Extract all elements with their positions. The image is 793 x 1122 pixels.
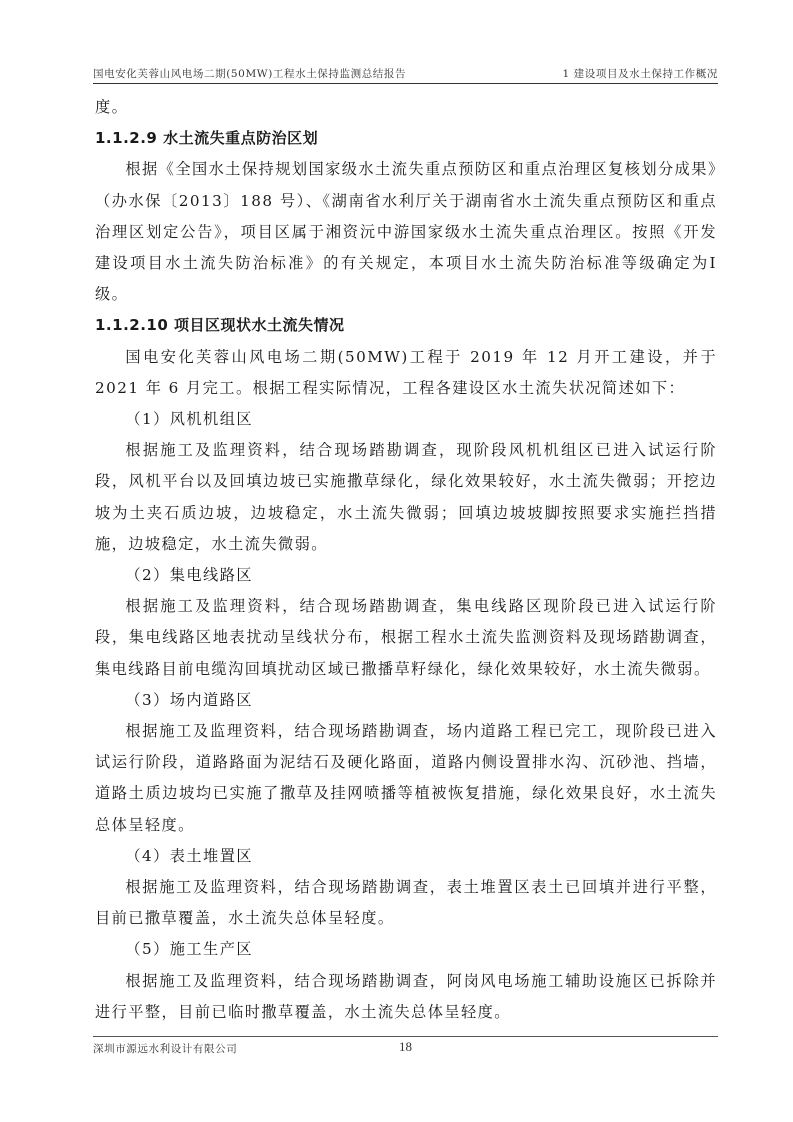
item-text-internal-road-area: 根据施工及监理资料，结合现场踏勘调查，场内道路工程已完工，现阶段已进入试运行阶段… — [95, 716, 717, 841]
item-text-collector-line-area: 根据施工及监理资料，结合现场踏勘调查，集电线路区现阶段已进入试运行阶段，集电线路… — [95, 591, 717, 685]
item-text-topsoil-storage-area: 根据施工及监理资料，结合现场踏勘调查，表土堆置区表土已回填并进行平整，目前已撒草… — [95, 872, 717, 934]
page-footer: 深圳市源远水利设计有限公司 18 — [93, 1036, 718, 1060]
continuation-text: 度。 — [95, 92, 717, 123]
header-report-title: 国电安化芙蓉山风电场二期(50MW)工程水土保持监测总结报告 — [93, 66, 406, 81]
page-number: 18 — [399, 1039, 412, 1055]
section-11210-intro: 国电安化芙蓉山风电场二期(50MW)工程于 2019 年 12 月开工建设，并于… — [95, 342, 717, 404]
item-text-wind-turbine-area: 根据施工及监理资料，结合现场踏勘调查，现阶段风机机组区已进入试运行阶段，风机平台… — [95, 435, 717, 560]
section-heading-11210: 1.1.2.10 项目区现状水土流失情况 — [95, 310, 717, 341]
footer-company-name: 深圳市源远水利设计有限公司 — [93, 1041, 237, 1056]
section-heading-1129: 1.1.2.9 水土流失重点防治区划 — [95, 123, 717, 154]
item-title-topsoil-storage-area: （4）表土堆置区 — [95, 841, 717, 872]
item-title-internal-road-area: （3）场内道路区 — [95, 685, 717, 716]
page-body: 度。 1.1.2.9 水土流失重点防治区划 根据《全国水土保持规划国家级水土流失… — [95, 92, 717, 1028]
page-header: 国电安化芙蓉山风电场二期(50MW)工程水土保持监测总结报告 1 建设项目及水土… — [93, 66, 718, 84]
header-chapter-title: 1 建设项目及水土保持工作概况 — [562, 66, 718, 81]
item-title-wind-turbine-area: （1）风机机组区 — [95, 404, 717, 435]
item-title-construction-production-area: （5）施工生产区 — [95, 934, 717, 965]
section-1129-paragraph: 根据《全国水土保持规划国家级水土流失重点预防区和重点治理区复核划分成果》（办水保… — [95, 154, 717, 310]
item-title-collector-line-area: （2）集电线路区 — [95, 560, 717, 591]
item-text-construction-production-area: 根据施工及监理资料，结合现场踏勘调查，阿岗风电场施工辅助设施区已拆除并进行平整，… — [95, 966, 717, 1028]
